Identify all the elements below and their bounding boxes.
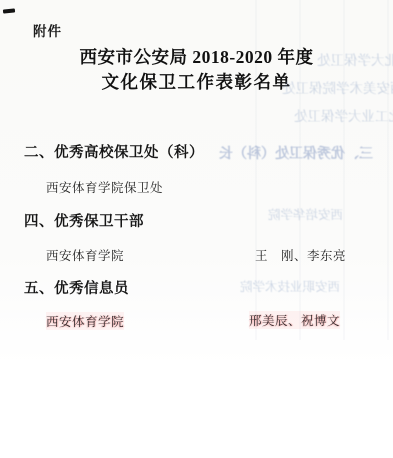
award-org: 西安体育学院保卫处 [46,178,163,196]
award-names: 王 刚、李东亮 [255,246,346,264]
bleedthrough-line: 西安培华学院 [268,205,343,223]
award-org: 西安体育学院 [46,312,124,330]
document-title-line2: 文化保卫工作表彰名单 [0,69,393,94]
scan-artifact-mark [3,8,15,13]
attachment-label: 附件 [33,20,62,40]
section-heading: 四、优秀保卫干部 [24,210,144,231]
bleedthrough-line: 三、优秀保卫处（科）长 [219,143,373,163]
bleedthrough-line: 西北工业大学保卫处 [294,105,393,125]
award-names: 邢美辰、祝博文 [249,311,340,329]
bleedthrough-line: 西安职业技术学院 [240,277,340,295]
scanned-document-page: 附件 西安市公安局 2018-2020 年度 文化保卫工作表彰名单 西北大学保卫… [0,0,393,458]
section-heading: 五、优秀信息员 [24,277,129,298]
document-title-line1: 西安市公安局 2018-2020 年度 [0,44,393,69]
section-heading: 二、优秀高校保卫处（科） [24,141,204,162]
award-org: 西安体育学院 [46,246,124,264]
